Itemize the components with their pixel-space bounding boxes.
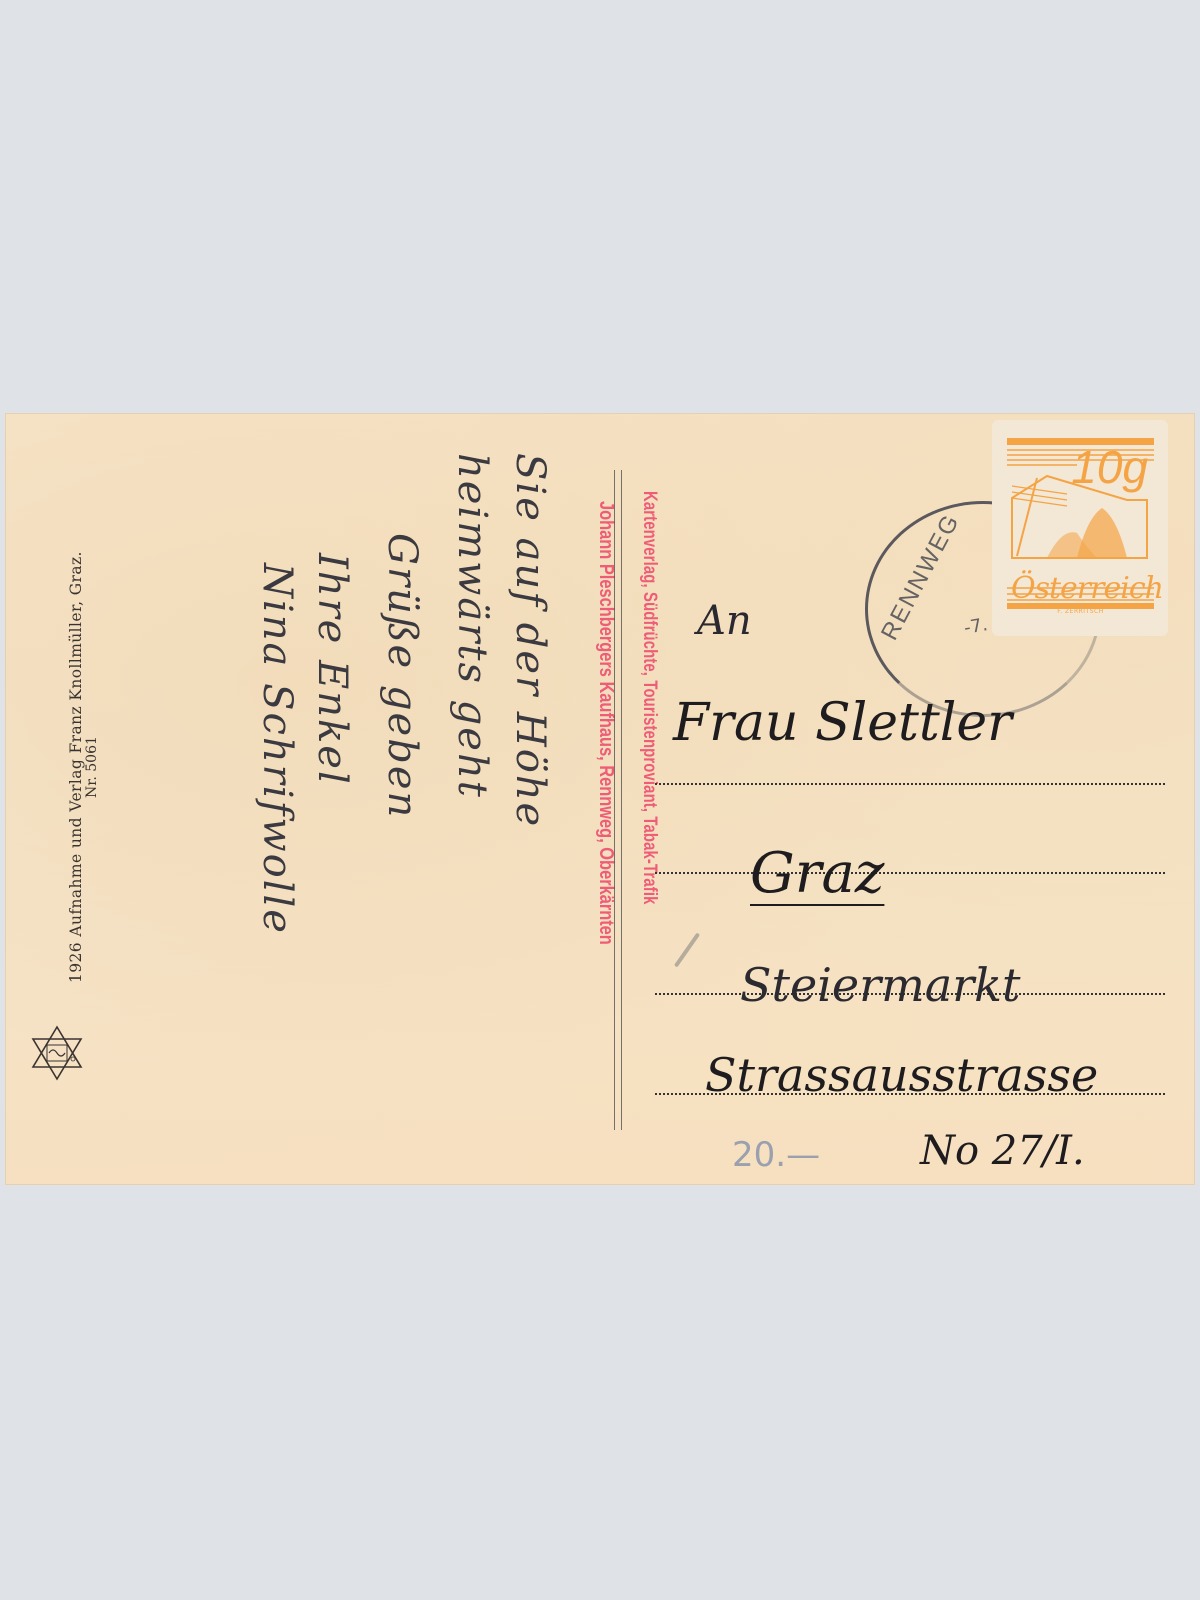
address-city: Graz: [750, 841, 884, 906]
star-of-david-publisher-logo-icon: [27, 1023, 87, 1083]
pencil-mark: [674, 932, 700, 967]
publisher-line-2: Nr. 5061: [85, 551, 100, 983]
address-line-2: [655, 872, 1165, 874]
address-house-number: No 27/I.: [920, 1128, 1085, 1174]
message-line-4: Ihre Enkel: [309, 553, 355, 786]
pencil-price-note: 20.—: [732, 1135, 820, 1175]
postmark-place: RENNWEG: [876, 509, 966, 645]
address-street: Strassausstrasse: [705, 1048, 1098, 1102]
address-recipient: Frau Slettler: [673, 693, 1012, 753]
message-line-3: Grüße geben: [379, 533, 425, 819]
message-line-1: Sie auf der Höhe: [507, 453, 553, 828]
retailer-stamp-line-1: Kartenverlag, Südfrüchte, Touristenprovi…: [638, 491, 660, 905]
postmark-date: -7.: [962, 614, 989, 639]
stamp-country: Österreich: [1011, 571, 1163, 606]
address-region: Steiermarkt: [740, 958, 1021, 1012]
message-line-5: Nina Schrifwolle: [254, 563, 300, 935]
vertical-divider: [614, 470, 622, 1130]
address-line-1: [655, 783, 1165, 785]
postage-stamp: 10g Österreich F. ZERRITSCH: [995, 423, 1165, 633]
stamp-printer: F. ZERRITSCH: [1007, 608, 1154, 615]
postcard-back: 1926 Aufnahme und Verlag Franz Knollmüll…: [5, 413, 1195, 1185]
message-line-2: heimwärts geht: [449, 453, 495, 799]
publisher-line-1: 1926 Aufnahme und Verlag Franz Knollmüll…: [67, 551, 85, 983]
stamp-value: 10g: [1071, 440, 1148, 494]
address-salutation: An: [697, 598, 752, 644]
